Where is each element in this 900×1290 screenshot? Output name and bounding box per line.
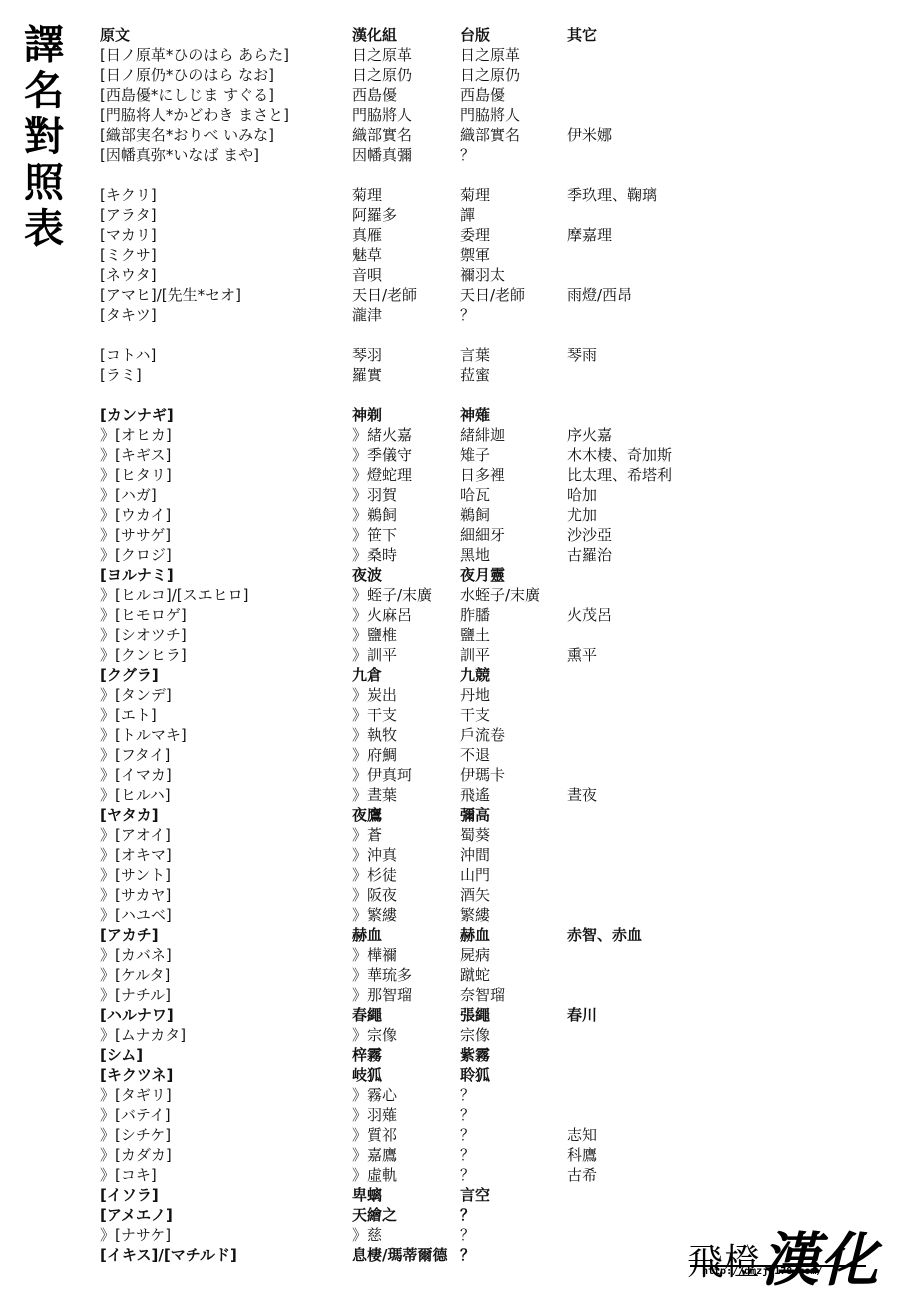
- cell-taiban: 胙膰: [460, 605, 490, 625]
- cell-taiban: 繁縷: [460, 905, 490, 925]
- cell-original: 》[ケルタ]: [100, 965, 170, 985]
- cell-hanhua: 琴羽: [352, 345, 382, 365]
- cell-original: 》[ナチル]: [100, 985, 171, 1005]
- cell-taiban: 蹴蛇: [460, 965, 490, 985]
- cell-taiban: 言空: [460, 1185, 490, 1205]
- cell-original: [織部実名*おりべ いみな]: [100, 125, 274, 145]
- cell-original: 》[クンヒラ]: [100, 645, 187, 665]
- cell-hanhua: 岐狐: [352, 1065, 382, 1085]
- table-row: 》[ヒルハ]》晝葉飛遙晝夜: [100, 785, 740, 805]
- cell-original: 》[ヒルコ]/[スエヒロ]: [100, 585, 248, 605]
- cell-hanhua: 》嘉鷹: [352, 1145, 397, 1165]
- cell-taiban: ？: [460, 1125, 475, 1145]
- cell-other: 春川: [567, 1005, 597, 1025]
- cell-taiban: 禦軍: [460, 245, 490, 265]
- cell-hanhua: 日之原革: [352, 45, 412, 65]
- cell-taiban: ？: [460, 1225, 475, 1245]
- cell-hanhua: 》阪夜: [352, 885, 397, 905]
- cell-taiban: 日多裡: [460, 465, 505, 485]
- cell-taiban: 天日/老師: [460, 285, 525, 305]
- cell-original: [アカチ]: [100, 925, 159, 945]
- cell-original: 》[ササゲ]: [100, 525, 171, 545]
- cell-original: [ラミ]: [100, 365, 142, 385]
- cell-hanhua: 》樺禰: [352, 945, 397, 965]
- cell-hanhua: 魅草: [352, 245, 382, 265]
- cell-taiban: 門脇將人: [460, 105, 520, 125]
- cell-original: [因幡真弥*いなば まや]: [100, 145, 259, 165]
- cell-original: 》[シチケ]: [100, 1125, 171, 1145]
- cell-other: 序火嘉: [567, 425, 612, 445]
- group-row: [カンナギ]神剃神薙: [100, 405, 740, 425]
- group-row: [ヤタカ]夜鷹彌高: [100, 805, 740, 825]
- logo-url: http://dmzj.178.com/: [702, 1266, 822, 1277]
- logo-text: 飛橙漢化: [687, 1207, 879, 1290]
- cell-original: 》[ウカイ]: [100, 505, 171, 525]
- cell-taiban: 菊理: [460, 185, 490, 205]
- cell-hanhua: 》沖真: [352, 845, 397, 865]
- title-char: 名: [20, 68, 68, 114]
- cell-taiban: 水蛭子/末廣: [460, 585, 540, 605]
- table-row: [キクリ]菊理菊理季玖理、鞠璃: [100, 185, 740, 205]
- table-row: [日ノ原仍*ひのはら なお]日之原仍日之原仍: [100, 65, 740, 85]
- cell-hanhua: 真雁: [352, 225, 382, 245]
- table-row: [門脇将人*かどわき まさと]門脇將人門脇將人: [100, 105, 740, 125]
- cell-original: 》[ハガ]: [100, 485, 157, 505]
- group-row: [ハルナワ]春繩張繩春川: [100, 1005, 740, 1025]
- cell-taiban: 哈瓦: [460, 485, 490, 505]
- cell-original: [アメエノ]: [100, 1205, 173, 1225]
- cell-taiban: 日之原仍: [460, 65, 520, 85]
- cell-hanhua: 》晝葉: [352, 785, 397, 805]
- cell-other: 木木棲、奇加斯: [567, 445, 672, 465]
- cell-original: [ヤタカ]: [100, 805, 159, 825]
- cell-hanhua: 天日/老師: [352, 285, 417, 305]
- cell-original: [マカリ]: [100, 225, 157, 245]
- cell-taiban: ？: [460, 1205, 475, 1225]
- table-row: 》[タギリ]》霧心？: [100, 1085, 740, 1105]
- cell-hanhua: 息棲/瑪蒂爾德: [352, 1245, 447, 1265]
- cell-taiban: 黑地: [460, 545, 490, 565]
- table-row: 》[クロジ]》桑時黑地古羅治: [100, 545, 740, 565]
- cell-other: 志知: [567, 1125, 597, 1145]
- header-other: 其它: [567, 25, 597, 45]
- cell-taiban: ？: [460, 305, 475, 325]
- cell-taiban: 神薙: [460, 405, 490, 425]
- cell-original: [日ノ原仍*ひのはら なお]: [100, 65, 274, 85]
- group-row: [キクツネ]岐狐聆狐: [100, 1065, 740, 1085]
- logo-big-text: 漢化: [761, 1226, 879, 1290]
- table-row: 》[ヒタリ]》燈蛇理日多裡比太理、希塔利: [100, 465, 740, 485]
- cell-original: 》[ヒタリ]: [100, 465, 172, 485]
- cell-hanhua: 卑螭: [352, 1185, 382, 1205]
- cell-original: [ハルナワ]: [100, 1005, 174, 1025]
- table-row: [西島優*にしじま すぐる]西島優西島優: [100, 85, 740, 105]
- group-row: [シム]梓霧紫霧: [100, 1045, 740, 1065]
- cell-original: 》[ナサケ]: [100, 1225, 171, 1245]
- table-row: [ミクサ]魅草禦軍: [100, 245, 740, 265]
- header-hanhua: 漢化組: [352, 25, 397, 45]
- cell-hanhua: 》羽薙: [352, 1105, 397, 1125]
- cell-taiban: 不退: [460, 745, 490, 765]
- table-row: 》[バテイ]》羽薙？: [100, 1105, 740, 1125]
- cell-other: 尤加: [567, 505, 597, 525]
- header-original: 原文: [100, 25, 130, 45]
- group-row: [クグラ]九倉九競: [100, 665, 740, 685]
- table-row: 》[ハガ]》羽賀哈瓦哈加: [100, 485, 740, 505]
- table-row: 》[コキ]》虛軌？古希: [100, 1165, 740, 1185]
- cell-taiban: 紫霧: [460, 1045, 490, 1065]
- cell-other: 雨燈/西昂: [567, 285, 632, 305]
- cell-other: 古羅治: [567, 545, 612, 565]
- cell-original: 》[キギス]: [100, 445, 171, 465]
- table-row: 》[ケルタ]》華琉多蹴蛇: [100, 965, 740, 985]
- cell-taiban: 山門: [460, 865, 490, 885]
- cell-original: [コトハ]: [100, 345, 156, 365]
- cell-taiban: 日之原革: [460, 45, 520, 65]
- table-row: 》[サント]》杉徒山門: [100, 865, 740, 885]
- cell-hanhua: 》那智瑠: [352, 985, 412, 1005]
- cell-hanhua: 梓霧: [352, 1045, 382, 1065]
- table-row: 》[シオツチ]》鹽椎鹽土: [100, 625, 740, 645]
- cell-original: [日ノ原革*ひのはら あらた]: [100, 45, 289, 65]
- table-header: 原文 漢化組 台版 其它: [100, 25, 740, 45]
- cell-taiban: 赫血: [460, 925, 490, 945]
- group-row: [ヨルナミ]夜波夜月靈: [100, 565, 740, 585]
- cell-taiban: ？: [460, 1085, 475, 1105]
- table-row: 》[オキマ]》沖真沖間: [100, 845, 740, 865]
- cell-original: [カンナギ]: [100, 405, 174, 425]
- cell-hanhua: 九倉: [352, 665, 382, 685]
- table-row: 》[ハユベ]》繁縷繁縷: [100, 905, 740, 925]
- header-taiban: 台版: [460, 25, 490, 45]
- cell-original: 》[ハユベ]: [100, 905, 172, 925]
- cell-original: 》[イマカ]: [100, 765, 172, 785]
- cell-other: 琴雨: [567, 345, 597, 365]
- cell-original: [キクツネ]: [100, 1065, 173, 1085]
- cell-hanhua: 》緒火嘉: [352, 425, 412, 445]
- cell-hanhua: 》華琉多: [352, 965, 412, 985]
- cell-hanhua: 日之原仍: [352, 65, 412, 85]
- group-logo: 飛橙漢化 http://dmzj.178.com/: [682, 1185, 882, 1280]
- cell-original: 》[コキ]: [100, 1165, 157, 1185]
- table-row: 》[イマカ]》伊真珂伊瑪卡: [100, 765, 740, 785]
- cell-hanhua: 》季儀守: [352, 445, 412, 465]
- cell-original: 》[ヒルハ]: [100, 785, 171, 805]
- table-row: [ネウタ]音唄禰羽太: [100, 265, 740, 285]
- cell-original: [ヨルナミ]: [100, 565, 174, 585]
- cell-original: 》[カダカ]: [100, 1145, 172, 1165]
- cell-taiban: 戶流卷: [460, 725, 505, 745]
- cell-original: [アマヒ]/[先生*セオ]: [100, 285, 241, 305]
- cell-taiban: 鵜飼: [460, 505, 490, 525]
- cell-original: [ネウタ]: [100, 265, 157, 285]
- cell-hanhua: 》鵜飼: [352, 505, 397, 525]
- cell-taiban: 宗像: [460, 1025, 490, 1045]
- cell-original: 》[タンデ]: [100, 685, 172, 705]
- cell-taiban: 奈智瑠: [460, 985, 505, 1005]
- cell-hanhua: 》干支: [352, 705, 397, 725]
- cell-other: 古希: [567, 1165, 597, 1185]
- cell-taiban: 蜀葵: [460, 825, 490, 845]
- spacer-row: [100, 165, 740, 185]
- table-row: 》[カバネ]》樺禰屍病: [100, 945, 740, 965]
- cell-hanhua: 》繁縷: [352, 905, 397, 925]
- cell-original: 》[エト]: [100, 705, 157, 725]
- cell-hanhua: 天繪之: [352, 1205, 397, 1225]
- cell-hanhua: 》羽賀: [352, 485, 397, 505]
- cell-taiban: ？: [460, 1145, 475, 1165]
- cell-taiban: 西島優: [460, 85, 505, 105]
- cell-taiban: 屍病: [460, 945, 490, 965]
- group-row: [イソラ]卑螭言空: [100, 1185, 740, 1205]
- table-row: [ラミ]羅實菈蜜: [100, 365, 740, 385]
- cell-hanhua: 夜鷹: [352, 805, 382, 825]
- title-char: 照: [20, 160, 68, 206]
- cell-original: 》[オキマ]: [100, 845, 172, 865]
- table-row: [アラタ]阿羅多譂: [100, 205, 740, 225]
- cell-other: 赤智、赤血: [567, 925, 642, 945]
- cell-taiban: ？: [460, 1105, 475, 1125]
- table-row: 》[トルマキ]》執牧戶流卷: [100, 725, 740, 745]
- cell-hanhua: 》火麻呂: [352, 605, 412, 625]
- table-row: 》[ササゲ]》笹下細細牙沙沙亞: [100, 525, 740, 545]
- cell-original: 》[サント]: [100, 865, 171, 885]
- cell-taiban: 彌高: [460, 805, 490, 825]
- table-row: 》[アオイ]》蒼蜀葵: [100, 825, 740, 845]
- cell-other: 摩嘉理: [567, 225, 612, 245]
- table-row: 》[キギス]》季儀守雉子木木棲、奇加斯: [100, 445, 740, 465]
- cell-hanhua: 瀧津: [352, 305, 382, 325]
- title-char: 對: [20, 114, 68, 160]
- cell-taiban: 禰羽太: [460, 265, 505, 285]
- cell-other: 比太理、希塔利: [567, 465, 672, 485]
- cell-taiban: 九競: [460, 665, 490, 685]
- cell-original: 》[サカヤ]: [100, 885, 171, 905]
- cell-taiban: 飛遙: [460, 785, 490, 805]
- cell-original: 》[ヒモロゲ]: [100, 605, 187, 625]
- cell-taiban: 夜月靈: [460, 565, 505, 585]
- table-row: [コトハ]琴羽言葉琴雨: [100, 345, 740, 365]
- group-row: [アカチ]赫血赫血赤智、赤血: [100, 925, 740, 945]
- table-row: 》[ウカイ]》鵜飼鵜飼尤加: [100, 505, 740, 525]
- table-row: [織部実名*おりべ いみな]織部實名織部實名伊米娜: [100, 125, 740, 145]
- table-row: 》[クンヒラ]》訓平訓平熏平: [100, 645, 740, 665]
- cell-taiban: 細細牙: [460, 525, 505, 545]
- table-row: 》[ヒモロゲ]》火麻呂胙膰火茂呂: [100, 605, 740, 625]
- cell-taiban: 鹽土: [460, 625, 490, 645]
- cell-original: [門脇将人*かどわき まさと]: [100, 105, 289, 125]
- cell-original: [イソラ]: [100, 1185, 159, 1205]
- page-title: 譯 名 對 照 表: [20, 22, 68, 252]
- cell-hanhua: 》伊真珂: [352, 765, 412, 785]
- title-char: 表: [20, 206, 68, 252]
- cell-hanhua: 因幡真彌: [352, 145, 412, 165]
- cell-taiban: 伊瑪卡: [460, 765, 505, 785]
- cell-original: [ミクサ]: [100, 245, 157, 265]
- spacer-row: [100, 385, 740, 405]
- cell-hanhua: 音唄: [352, 265, 382, 285]
- cell-original: 》[トルマキ]: [100, 725, 187, 745]
- table-row: 》[タンデ]》炭出丹地: [100, 685, 740, 705]
- cell-hanhua: 》質祁: [352, 1125, 397, 1145]
- table-row: 》[オヒカ]》緒火嘉緒緋迦序火嘉: [100, 425, 740, 445]
- cell-hanhua: 》蛭子/末廣: [352, 585, 432, 605]
- table-row: 》[ヒルコ]/[スエヒロ]》蛭子/末廣水蛭子/末廣: [100, 585, 740, 605]
- cell-original: [アラタ]: [100, 205, 157, 225]
- cell-taiban: 織部實名: [460, 125, 520, 145]
- cell-hanhua: 春繩: [352, 1005, 382, 1025]
- cell-original: [シム]: [100, 1045, 143, 1065]
- cell-taiban: ？: [460, 1245, 475, 1265]
- cell-hanhua: 》鹽椎: [352, 625, 397, 645]
- cell-hanhua: 阿羅多: [352, 205, 397, 225]
- cell-hanhua: 》慈: [352, 1225, 382, 1245]
- table-row: 》[シチケ]》質祁？志知: [100, 1125, 740, 1145]
- cell-taiban: 訓平: [460, 645, 490, 665]
- cell-original: 》[オヒカ]: [100, 425, 172, 445]
- cell-hanhua: 》虛軌: [352, 1165, 397, 1185]
- spacer-row: [100, 325, 740, 345]
- table-row: 》[ナサケ]》慈？: [100, 1225, 740, 1245]
- cell-hanhua: 》杉徒: [352, 865, 397, 885]
- cell-hanhua: 》訓平: [352, 645, 397, 665]
- cell-original: [イキス]/[マチルド]: [100, 1245, 237, 1265]
- table-row: [タキツ]瀧津？: [100, 305, 740, 325]
- cell-original: 》[タギリ]: [100, 1085, 172, 1105]
- cell-taiban: 干支: [460, 705, 490, 725]
- cell-hanhua: 》執牧: [352, 725, 397, 745]
- name-comparison-table: 原文 漢化組 台版 其它 [日ノ原革*ひのはら あらた]日之原革日之原革[日ノ原…: [100, 25, 740, 1265]
- table-row: 》[ムナカタ]》宗像宗像: [100, 1025, 740, 1045]
- cell-other: 熏平: [567, 645, 597, 665]
- cell-hanhua: 》桑時: [352, 545, 397, 565]
- cell-original: [西島優*にしじま すぐる]: [100, 85, 274, 105]
- cell-taiban: 雉子: [460, 445, 490, 465]
- cell-original: 》[シオツチ]: [100, 625, 187, 645]
- cell-hanhua: 神剃: [352, 405, 382, 425]
- table-row: [アマヒ]/[先生*セオ]天日/老師天日/老師雨燈/西昂: [100, 285, 740, 305]
- title-char: 譯: [20, 22, 68, 68]
- cell-original: 》[クロジ]: [100, 545, 172, 565]
- cell-taiban: 菈蜜: [460, 365, 490, 385]
- cell-hanhua: 夜波: [352, 565, 382, 585]
- cell-hanhua: 》宗像: [352, 1025, 397, 1045]
- cell-other: 季玖理、鞠璃: [567, 185, 657, 205]
- cell-taiban: ？: [460, 1165, 475, 1185]
- cell-other: 哈加: [567, 485, 597, 505]
- cell-hanhua: 菊理: [352, 185, 382, 205]
- table-row: 》[ナチル]》那智瑠奈智瑠: [100, 985, 740, 1005]
- cell-taiban: 丹地: [460, 685, 490, 705]
- cell-taiban: 聆狐: [460, 1065, 490, 1085]
- cell-other: 晝夜: [567, 785, 597, 805]
- table-row: 》[エト]》干支干支: [100, 705, 740, 725]
- cell-other: 伊米娜: [567, 125, 612, 145]
- cell-taiban: 委理: [460, 225, 490, 245]
- group-row: [イキス]/[マチルド]息棲/瑪蒂爾德？: [100, 1245, 740, 1265]
- cell-original: 》[バテイ]: [100, 1105, 171, 1125]
- table-row: [日ノ原革*ひのはら あらた]日之原革日之原革: [100, 45, 740, 65]
- cell-taiban: 譂: [460, 205, 475, 225]
- cell-hanhua: 》府鯛: [352, 745, 397, 765]
- cell-hanhua: 》燈蛇理: [352, 465, 412, 485]
- cell-hanhua: 》霧心: [352, 1085, 397, 1105]
- cell-taiban: 酒矢: [460, 885, 490, 905]
- cell-original: [クグラ]: [100, 665, 159, 685]
- cell-hanhua: 羅實: [352, 365, 382, 385]
- cell-hanhua: 赫血: [352, 925, 382, 945]
- cell-hanhua: 》炭出: [352, 685, 397, 705]
- cell-taiban: 緒緋迦: [460, 425, 505, 445]
- cell-taiban: ？: [460, 145, 475, 165]
- cell-taiban: 沖間: [460, 845, 490, 865]
- cell-other: 科鷹: [567, 1145, 597, 1165]
- cell-hanhua: 》蒼: [352, 825, 382, 845]
- cell-other: 火茂呂: [567, 605, 612, 625]
- group-row: [アメエノ]天繪之？: [100, 1205, 740, 1225]
- cell-original: 》[ムナカタ]: [100, 1025, 186, 1045]
- cell-hanhua: 》笹下: [352, 525, 397, 545]
- table-row: [因幡真弥*いなば まや]因幡真彌？: [100, 145, 740, 165]
- table-row: 》[フタイ]》府鯛不退: [100, 745, 740, 765]
- cell-original: [キクリ]: [100, 185, 157, 205]
- table-row: 》[カダカ]》嘉鷹？科鷹: [100, 1145, 740, 1165]
- cell-taiban: 言葉: [460, 345, 490, 365]
- table-row: 》[サカヤ]》阪夜酒矢: [100, 885, 740, 905]
- cell-original: 》[アオイ]: [100, 825, 171, 845]
- cell-hanhua: 西島優: [352, 85, 397, 105]
- cell-original: 》[カバネ]: [100, 945, 172, 965]
- table-row: [マカリ]真雁委理摩嘉理: [100, 225, 740, 245]
- cell-taiban: 張繩: [460, 1005, 490, 1025]
- cell-other: 沙沙亞: [567, 525, 612, 545]
- cell-original: [タキツ]: [100, 305, 157, 325]
- cell-hanhua: 織部實名: [352, 125, 412, 145]
- cell-original: 》[フタイ]: [100, 745, 170, 765]
- cell-hanhua: 門脇將人: [352, 105, 412, 125]
